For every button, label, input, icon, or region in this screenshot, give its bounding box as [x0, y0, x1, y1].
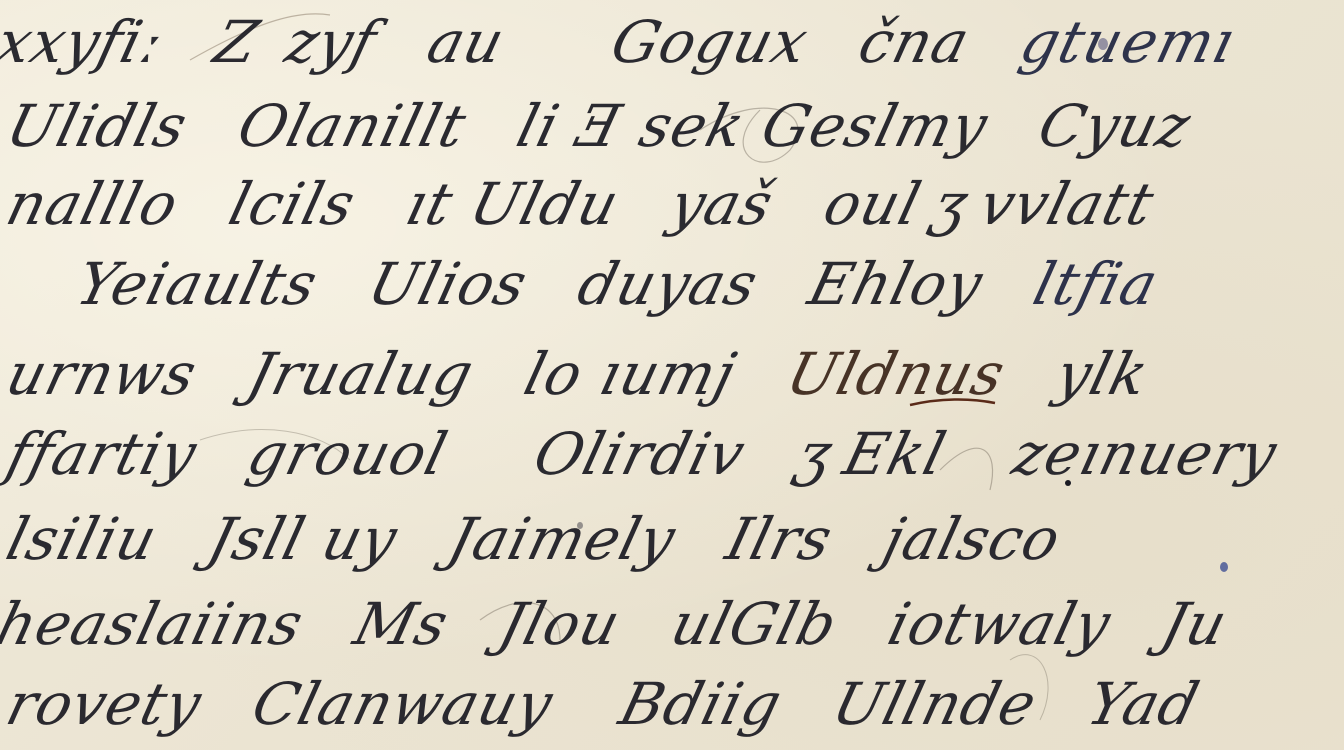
script-word: Ulios — [362, 250, 535, 318]
script-word: iotwaly — [882, 590, 1118, 658]
script-word: yaš — [663, 170, 780, 238]
script-word: Geslmy — [755, 92, 995, 160]
script-word: uy — [315, 505, 404, 573]
script-word: Ǝ — [570, 92, 630, 160]
script-word: duyas — [571, 250, 765, 318]
script-word: Yeiaults — [70, 250, 325, 318]
script-word: Olirdiv — [527, 420, 752, 488]
script-word: lcils — [223, 170, 363, 238]
script-word: lsiliu — [0, 505, 164, 573]
handwriting-line-5: urnwsJrualugloıumjUldnusylk — [0, 340, 1344, 408]
script-word: ıumj — [593, 340, 743, 408]
script-word: Jsll — [201, 505, 312, 573]
handwriting-line-4: YeiaultsUliosduyasEhloyltfia — [70, 250, 1344, 318]
script-word: grouol — [241, 420, 455, 488]
script-word: ʒ — [789, 420, 840, 488]
script-word: ffartiy — [0, 420, 204, 488]
script-word: Ju — [1155, 590, 1235, 658]
script-word: au — [421, 8, 512, 76]
script-word: rovety — [0, 670, 209, 738]
script-word: Ilrs — [720, 505, 840, 573]
script-word: Yad — [1081, 670, 1206, 738]
script-word: Clanwauy — [246, 670, 560, 738]
script-word: zeınuery — [1006, 420, 1284, 488]
script-word: ulGlb — [665, 590, 845, 658]
script-word: čna — [852, 8, 976, 76]
script-word: Z — [208, 8, 266, 76]
handwriting-line-8: heaslaiinsMsJlouulGlbiotwalyJu — [0, 590, 1344, 658]
script-word: lo — [518, 340, 590, 408]
script-word: ylk — [1049, 340, 1155, 408]
script-word: zyf — [279, 8, 384, 76]
script-word: jalsco — [877, 505, 1068, 573]
script-word: Jlou — [493, 590, 628, 658]
handwriting-line-2: UlidlsOlanilltliƎsekGeslmyCyuz — [0, 92, 1344, 160]
script-word: Jaimely — [442, 505, 683, 573]
script-word: sek — [633, 92, 752, 160]
script-word: Bdiig — [613, 670, 789, 738]
script-word: xxyfiː — [0, 8, 171, 76]
script-word: ʒ — [925, 170, 976, 238]
script-word: Ullnde — [826, 670, 1044, 738]
script-word: li — [510, 92, 566, 160]
script-word: Uldu — [463, 170, 626, 238]
script-word: Uldnus — [780, 340, 1012, 408]
script-word: heaslaiins — [0, 590, 310, 658]
script-word: Ulidls — [0, 92, 194, 160]
handwriting-line-6: ffartiygrouolOlirdivʒEklzeınuery — [0, 420, 1344, 488]
script-word: Olanillt — [231, 92, 473, 160]
script-word: nalllo — [0, 170, 185, 238]
script-word: Jrualug — [241, 340, 481, 408]
handwriting-line-9: rovetyClanwauyBdiigUllndeYad — [0, 670, 1344, 738]
handwriting-line-7: lsiliuJslluyJaimelyIlrsjalsco — [0, 505, 1344, 573]
script-word: vvlatt — [973, 170, 1161, 238]
handwriting-line-1: xxyfiːZzyfauGoguxčnagtuemı — [0, 8, 1344, 76]
script-word: oul — [817, 170, 928, 238]
script-word: Gogux — [605, 8, 815, 76]
script-word: ıt — [399, 170, 460, 238]
script-word: urnws — [0, 340, 204, 408]
script-word: ltfia — [1027, 250, 1165, 318]
script-word: Ehloy — [802, 250, 990, 318]
script-word: Cyuz — [1032, 92, 1198, 160]
script-word: gtuemı — [1014, 8, 1243, 76]
handwritten-page: xxyfiːZzyfauGoguxčnagtuemı UlidlsOlanill… — [0, 0, 1344, 750]
script-word: Ekl — [837, 420, 953, 488]
script-word: Ms — [347, 590, 455, 658]
handwriting-line-3: nalllolcilsıtUlduyašoulʒvvlatt — [0, 170, 1344, 238]
